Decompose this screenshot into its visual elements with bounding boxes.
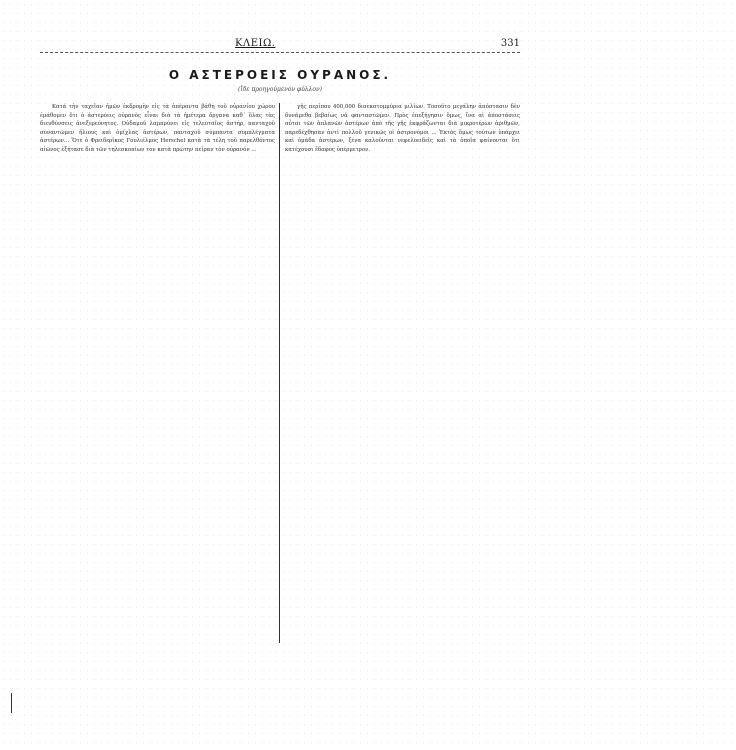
column-left: Κατά τὴν ταχεῖαν ἡμῶν ἐκδρομὴν εἰς τὰ ἀπ… (40, 103, 275, 155)
page-number: 331 (501, 38, 520, 49)
margin-mark (11, 693, 12, 713)
article-title: Ο ΑΣΤΕΡΟΕΙΣ ΟΥΡΑΝΟΣ. (40, 68, 520, 82)
header-rule (40, 52, 520, 53)
column-divider (279, 103, 280, 643)
column-right-text: γῆς περίπου 400,000 δισεκατομμύρια μιλίω… (285, 103, 520, 155)
article-subtitle: (ἴδε προηγούμενον φύλλον) (40, 86, 520, 93)
column-right: γῆς περίπου 400,000 δισεκατομμύρια μιλίω… (285, 103, 520, 155)
running-head-title: ΚΛΕΙΩ. (235, 38, 275, 49)
text-columns: Κατά τὴν ταχεῖαν ἡμῶν ἐκδρομὴν εἰς τὰ ἀπ… (40, 103, 520, 155)
running-head: ΚΛΕΙΩ. 331 (40, 38, 520, 52)
column-left-text: Κατά τὴν ταχεῖαν ἡμῶν ἐκδρομὴν εἰς τὰ ἀπ… (40, 103, 275, 155)
